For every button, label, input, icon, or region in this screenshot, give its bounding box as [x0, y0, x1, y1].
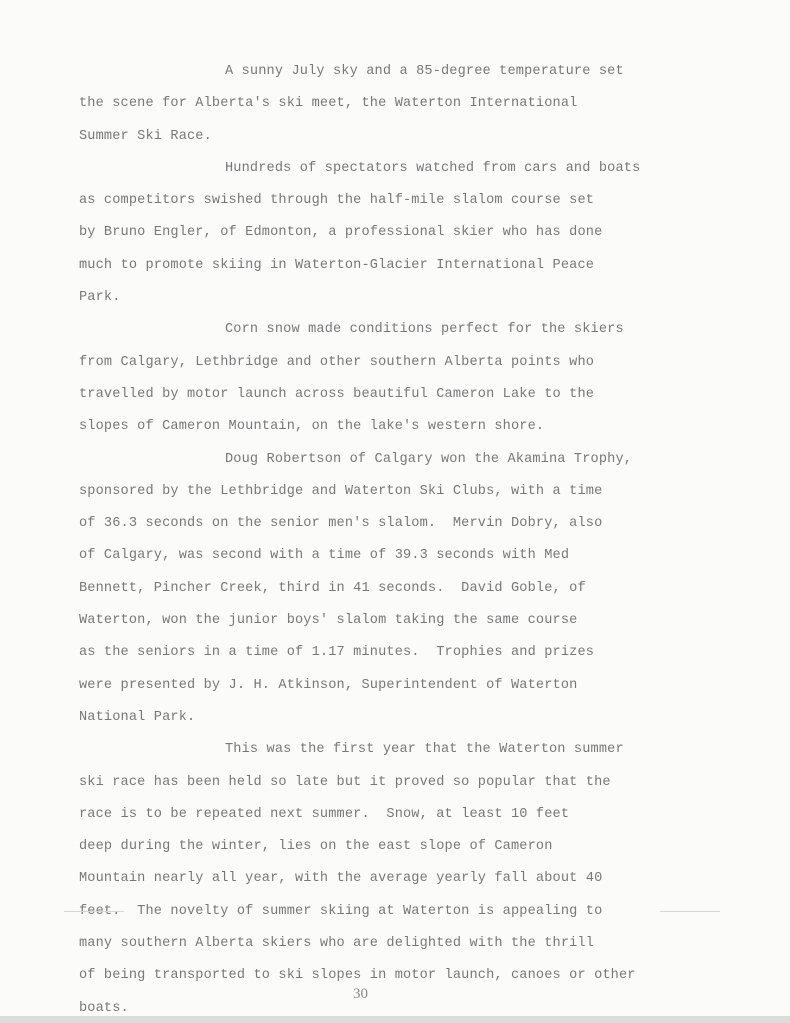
page-number: 30: [353, 986, 368, 1003]
paragraph: Hundreds of spectators watched from cars…: [79, 153, 719, 314]
text-line: the scene for Alberta's ski meet, the Wa…: [79, 88, 719, 120]
text-line: slopes of Cameron Mountain, on the lake'…: [79, 411, 719, 443]
text-line: Hundreds of spectators watched from cars…: [79, 153, 719, 185]
text-line: Mountain nearly all year, with the avera…: [79, 863, 719, 895]
text-line: National Park.: [79, 702, 719, 734]
text-line: ski race has been held so late but it pr…: [79, 767, 719, 799]
text-line: of being transported to ski slopes in mo…: [79, 960, 719, 992]
text-line: Doug Robertson of Calgary won the Akamin…: [79, 444, 719, 476]
text-line: by Bruno Engler, of Edmonton, a professi…: [79, 217, 719, 249]
text-line: of 36.3 seconds on the senior men's slal…: [79, 508, 719, 540]
document-body: A sunny July sky and a 85-degree tempera…: [79, 56, 719, 1023]
text-line: much to promote skiing in Waterton-Glaci…: [79, 250, 719, 282]
text-line: Waterton, won the junior boys' slalom ta…: [79, 605, 719, 637]
text-line: travelled by motor launch across beautif…: [79, 379, 719, 411]
text-line: of Calgary, was second with a time of 39…: [79, 540, 719, 572]
paragraph: A sunny July sky and a 85-degree tempera…: [79, 56, 719, 153]
scan-artifact-line-right: [660, 911, 720, 912]
text-line: sponsored by the Lethbridge and Waterton…: [79, 476, 719, 508]
text-line: This was the first year that the Waterto…: [79, 734, 719, 766]
text-line: Summer Ski Race.: [79, 121, 719, 153]
text-line: from Calgary, Lethbridge and other south…: [79, 347, 719, 379]
text-line: were presented by J. H. Atkinson, Superi…: [79, 670, 719, 702]
text-line: Park.: [79, 282, 719, 314]
paragraph: Doug Robertson of Calgary won the Akamin…: [79, 444, 719, 735]
document-page: A sunny July sky and a 85-degree tempera…: [0, 0, 790, 1016]
scan-edge: [0, 1016, 790, 1023]
paragraph: This was the first year that the Waterto…: [79, 734, 719, 1023]
text-line: as the seniors in a time of 1.17 minutes…: [79, 637, 719, 669]
text-line: Bennett, Pincher Creek, third in 41 seco…: [79, 573, 719, 605]
text-line: feet. The novelty of summer skiing at Wa…: [79, 896, 719, 928]
text-line: many southern Alberta skiers who are del…: [79, 928, 719, 960]
text-line: as competitors swished through the half-…: [79, 185, 719, 217]
scan-artifact-line-left: [64, 911, 124, 912]
paragraph: Corn snow made conditions perfect for th…: [79, 314, 719, 443]
text-line: race is to be repeated next summer. Snow…: [79, 799, 719, 831]
text-line: A sunny July sky and a 85-degree tempera…: [79, 56, 719, 88]
text-line: Corn snow made conditions perfect for th…: [79, 314, 719, 346]
text-line: deep during the winter, lies on the east…: [79, 831, 719, 863]
